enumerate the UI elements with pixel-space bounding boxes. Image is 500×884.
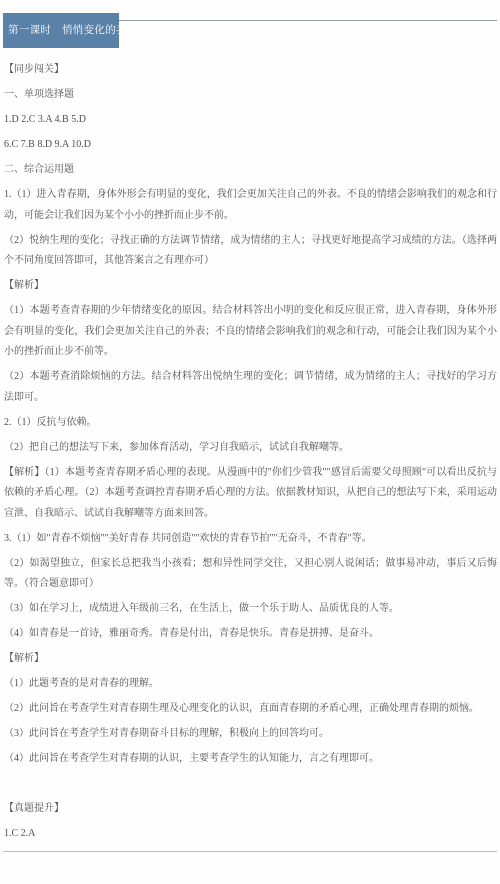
paragraph: 【解析】 [4, 649, 497, 670]
lesson-title: 第一课时 悄悄变化的我 [8, 25, 127, 36]
paragraph: （4）此问旨在考查学生对青春期的认识，主要考查学生的认知能力，言之有理即可。 [4, 749, 497, 770]
paragraph: 3.（1）如"青春不烦恼""美好青春 共同创造""欢快的青春节拍""无奋斗，不青… [4, 529, 497, 550]
lesson-title-banner: 第一课时 悄悄变化的我 [3, 13, 119, 48]
content: 【同步闯关】一、单项选择题1.D 2.C 3.A 4.B 5.D6.C 7.B … [4, 60, 497, 849]
paragraph: （2）悦纳生理的变化；寻找正确的方法调节情绪，成为情绪的主人；寻找更好地提高学习… [4, 231, 497, 272]
paragraph [4, 774, 497, 795]
paragraph: 6.C 7.B 8.D 9.A 10.D [4, 135, 497, 156]
paragraph: 1.D 2.C 3.A 4.B 5.D [4, 110, 497, 131]
paragraph: 【解析】 [4, 276, 497, 297]
paragraph: 【解析】（1）本题考查青春期矛盾心理的表现。从漫画中的"你们少管我""感冒后需要… [4, 463, 497, 525]
paragraph: 1.（1）进入青春期，身体外形会有明显的变化，我们会更加关注自己的外表。不良的情… [4, 185, 497, 226]
paragraph: 一、单项选择题 [4, 85, 497, 106]
paragraph: （2）本题考查消除烦恼的方法。结合材料答出悦纳生理的变化；调节情绪，成为情绪的主… [4, 367, 497, 408]
paragraph: （2）把自己的想法写下来，参加体育活动，学习自我暗示，试试自我解嘲等。 [4, 438, 497, 459]
paragraph: 【同步闯关】 [4, 60, 497, 81]
paragraph: 【真题提升】 [4, 799, 497, 820]
header-divider-line [119, 20, 497, 21]
paragraph: （2）如渴望独立，但家长总把我当小孩看；想和异性同学交往，又担心别人说闲话；做事… [4, 554, 497, 595]
paragraph: （1）本题考查青春期的少年情绪变化的原因。结合材料答出小明的变化和反应很正常，进… [4, 301, 497, 363]
paragraph: （3）此问旨在考查学生对青春期奋斗目标的理解，积极向上的回答均可。 [4, 724, 497, 745]
paragraph: （1）此题考查的是对青春的理解。 [4, 674, 497, 695]
paragraph: （2）此问旨在考查学生对青春期生理及心理变化的认识，直面青春期的矛盾心理，正确处… [4, 699, 497, 720]
paragraph: （4）如青春是一首诗，雅丽奇秀。青春是付出，青春是快乐。青春是拼搏、是奋斗。 [4, 624, 497, 645]
paragraph: 1.C 2.A [4, 824, 497, 845]
footer-divider-line [3, 851, 497, 852]
paragraph: （3）如在学习上，成绩进入年级前三名，在生活上，做一个乐于助人、品质优良的人等。 [4, 599, 497, 620]
paragraph: 2.（1）反抗与依赖。 [4, 413, 497, 434]
paragraph: 二、综合运用题 [4, 160, 497, 181]
